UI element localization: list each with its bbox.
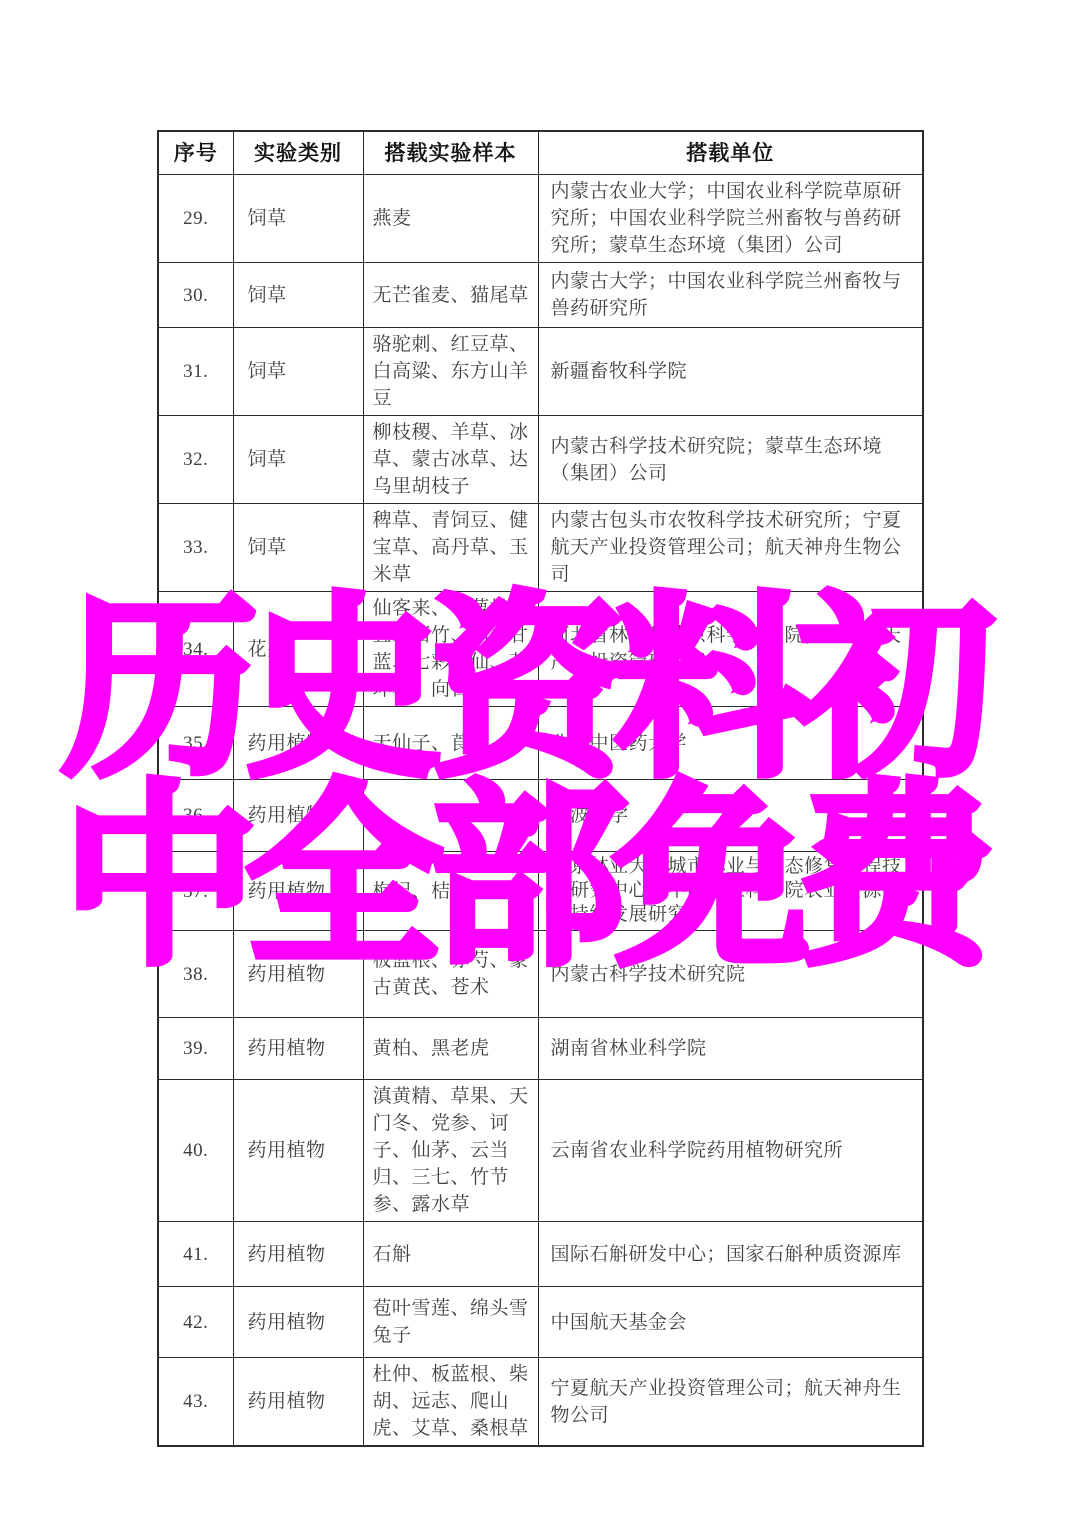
category-cell: 饲草 bbox=[233, 416, 363, 504]
table-row: 31. 饲草 骆驼刺、红豆草、白高粱、东方山羊豆 新疆畜牧科学院 bbox=[158, 328, 923, 416]
category-cell: 饲草 bbox=[233, 263, 363, 328]
document-page: 序号 实验类别 搭载实验样本 搭载单位 29. 饲草 燕麦 内蒙古农业大学；中国… bbox=[0, 0, 1080, 1527]
header-cell-sample: 搭载实验样本 bbox=[363, 131, 538, 175]
header-cell-no: 序号 bbox=[158, 131, 233, 175]
sample-cell: 燕麦 bbox=[363, 175, 538, 263]
sample-cell: 杜仲、板蓝根、柴胡、远志、爬山虎、艾草、桑根草 bbox=[363, 1358, 538, 1447]
watermark-line1: 历史资料初 bbox=[62, 596, 982, 784]
table-row: 29. 饲草 燕麦 内蒙古农业大学；中国农业科学院草原研究所；中国农业科学院兰州… bbox=[158, 175, 923, 263]
unit-cell: 湖南省林业科学院 bbox=[538, 1018, 923, 1080]
sample-cell: 滇黄精、草果、天门冬、党参、诃子、仙茅、云当归、三七、竹节参、露水草 bbox=[363, 1080, 538, 1222]
category-cell: 药用植物 bbox=[233, 1080, 363, 1222]
header-row: 序号 实验类别 搭载实验样本 搭载单位 bbox=[158, 131, 923, 175]
row-number-cell: 29. bbox=[158, 175, 233, 263]
table-row: 42. 药用植物 苞叶雪莲、绵头雪兔子 中国航天基金会 bbox=[158, 1287, 923, 1358]
table-row: 32. 饲草 柳枝稷、羊草、冰草、蒙古冰草、达乌里胡枝子 内蒙古科学技术研究院；… bbox=[158, 416, 923, 504]
row-number-cell: 41. bbox=[158, 1222, 233, 1287]
unit-cell: 云南省农业科学院药用植物研究所 bbox=[538, 1080, 923, 1222]
unit-cell: 宁夏航天产业投资管理公司；航天神舟生物公司 bbox=[538, 1358, 923, 1447]
category-cell: 药用植物 bbox=[233, 1018, 363, 1080]
sample-cell: 苞叶雪莲、绵头雪兔子 bbox=[363, 1287, 538, 1358]
header-cell-category: 实验类别 bbox=[233, 131, 363, 175]
table-row: 33. 饲草 稗草、青饲豆、健宝草、高丹草、玉米草 内蒙古包头市农牧科学技术研究… bbox=[158, 504, 923, 592]
row-number-cell: 31. bbox=[158, 328, 233, 416]
unit-cell: 内蒙古大学；中国农业科学院兰州畜牧与兽药研究所 bbox=[538, 263, 923, 328]
table-row: 43. 药用植物 杜仲、板蓝根、柴胡、远志、爬山虎、艾草、桑根草 宁夏航天产业投… bbox=[158, 1358, 923, 1447]
category-cell: 饲草 bbox=[233, 504, 363, 592]
watermark-overlay: 历史资料初 中全部免费 bbox=[62, 596, 982, 972]
sample-cell: 石斛 bbox=[363, 1222, 538, 1287]
sample-cell: 黄柏、黑老虎 bbox=[363, 1018, 538, 1080]
sample-cell: 柳枝稷、羊草、冰草、蒙古冰草、达乌里胡枝子 bbox=[363, 416, 538, 504]
row-number-cell: 33. bbox=[158, 504, 233, 592]
watermark-line2: 中全部免费 bbox=[62, 784, 982, 972]
unit-cell: 国际石斛研发中心；国家石斛种质资源库 bbox=[538, 1222, 923, 1287]
sample-cell: 骆驼刺、红豆草、白高粱、东方山羊豆 bbox=[363, 328, 538, 416]
table-row: 40. 药用植物 滇黄精、草果、天门冬、党参、诃子、仙茅、云当归、三七、竹节参、… bbox=[158, 1080, 923, 1222]
table-row: 41. 药用植物 石斛 国际石斛研发中心；国家石斛种质资源库 bbox=[158, 1222, 923, 1287]
header-cell-unit: 搭载单位 bbox=[538, 131, 923, 175]
unit-cell: 新疆畜牧科学院 bbox=[538, 328, 923, 416]
row-number-cell: 40. bbox=[158, 1080, 233, 1222]
category-cell: 饲草 bbox=[233, 175, 363, 263]
unit-cell: 中国航天基金会 bbox=[538, 1287, 923, 1358]
category-cell: 药用植物 bbox=[233, 1287, 363, 1358]
category-cell: 药用植物 bbox=[233, 1222, 363, 1287]
sample-cell: 无芒雀麦、猫尾草 bbox=[363, 263, 538, 328]
row-number-cell: 39. bbox=[158, 1018, 233, 1080]
table-row: 30. 饲草 无芒雀麦、猫尾草 内蒙古大学；中国农业科学院兰州畜牧与兽药研究所 bbox=[158, 263, 923, 328]
unit-cell: 内蒙古包头市农牧科学技术研究所；宁夏航天产业投资管理公司；航天神舟生物公司 bbox=[538, 504, 923, 592]
category-cell: 饲草 bbox=[233, 328, 363, 416]
sample-cell: 稗草、青饲豆、健宝草、高丹草、玉米草 bbox=[363, 504, 538, 592]
row-number-cell: 43. bbox=[158, 1358, 233, 1447]
unit-cell: 内蒙古农业大学；中国农业科学院草原研究所；中国农业科学院兰州畜牧与兽药研究所；蒙… bbox=[538, 175, 923, 263]
table-row: 39. 药用植物 黄柏、黑老虎 湖南省林业科学院 bbox=[158, 1018, 923, 1080]
row-number-cell: 42. bbox=[158, 1287, 233, 1358]
row-number-cell: 30. bbox=[158, 263, 233, 328]
category-cell: 药用植物 bbox=[233, 1358, 363, 1447]
unit-cell: 内蒙古科学技术研究院；蒙草生态环境（集团）公司 bbox=[538, 416, 923, 504]
row-number-cell: 32. bbox=[158, 416, 233, 504]
